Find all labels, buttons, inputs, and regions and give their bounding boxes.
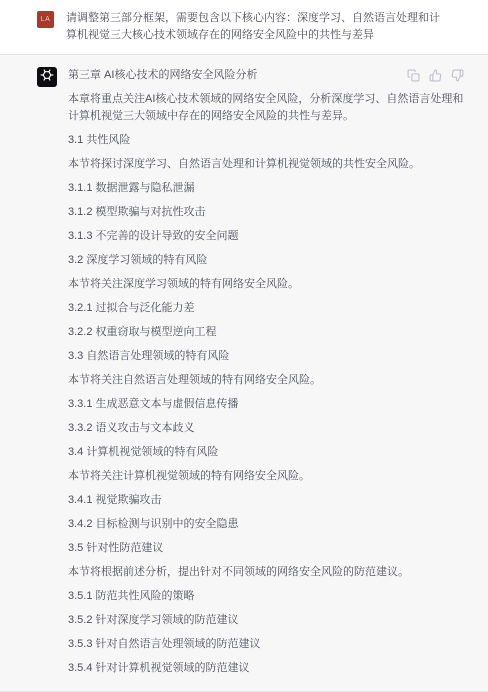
copy-button[interactable] [407,69,420,82]
copy-icon [407,69,420,82]
outline-line: 3.5.4 针对计算机视觉领域的防范建议 [68,660,464,677]
outline-line: 3.4.1 视觉欺骗攻击 [68,492,464,509]
assistant-avatar [37,67,57,87]
outline-line: 3.3.1 生成恶意文本与虚假信息传播 [68,396,464,413]
user-avatar: LA [37,11,54,28]
outline-line: 3.1 共性风险 [68,132,464,149]
response-title: 第三章 AI核心技术的网络安全风险分析 [68,67,257,84]
outline-line: 3.2.2 权重窃取与模型逆向工程 [68,324,464,341]
outline-line: 本节将关注计算机视觉领域的特有网络安全风险。 [68,468,464,485]
outline-line: 3.5.2 针对深度学习领域的防范建议 [68,612,464,629]
outline-line: 本节将根据前述分析，提出针对不同领域的网络安全风险的防范建议。 [68,564,464,581]
outline-line: 本节将关注自然语言处理领域的特有网络安全风险。 [68,372,464,389]
message-actions [407,67,464,82]
openai-logo-icon [40,68,54,87]
thumbs-down-button[interactable] [451,69,464,82]
outline-line: 3.1.1 数据泄露与隐私泄漏 [68,180,464,197]
user-message-text: 请调整第三部分框架，需要包含以下核心内容：深度学习、自然语言处理和计算机视觉三大… [66,10,442,44]
assistant-message: 第三章 AI核心技术的网络安全风险分析 [0,55,488,692]
outline-line: 3.4.2 目标检测与识别中的安全隐患 [68,516,464,533]
thumbs-up-icon [429,69,442,82]
outline-line: 3.1.3 不完善的设计导致的安全问题 [68,228,464,245]
chat-view: LA 请调整第三部分框架，需要包含以下核心内容：深度学习、自然语言处理和计算机视… [0,0,488,692]
outline-line: 本节将探讨深度学习、自然语言处理和计算机视觉领域的共性安全风险。 [68,156,464,173]
outline-line: 3.5.3 针对自然语言处理领域的防范建议 [68,636,464,653]
outline-line: 3.1.2 模型欺骗与对抗性攻击 [68,204,464,221]
user-message: LA 请调整第三部分框架，需要包含以下核心内容：深度学习、自然语言处理和计算机视… [0,0,488,55]
outline-line: 3.4 计算机视觉领域的特有风险 [68,444,464,461]
outline-line: 3.5.1 防范共性风险的策略 [68,588,464,605]
thumbs-down-icon [451,69,464,82]
outline-line: 本节将关注深度学习领域的特有网络安全风险。 [68,276,464,293]
outline-line: 3.2.1 过拟合与泛化能力差 [68,300,464,317]
thumbs-up-button[interactable] [429,69,442,82]
outline-line: 3.2 深度学习领域的特有风险 [68,252,464,269]
outline-line: 3.5 针对性防范建议 [68,540,464,557]
outline-line: 3.3 自然语言处理领域的特有风险 [68,348,464,365]
outline-line: 3.3.2 语义攻击与文本歧义 [68,420,464,437]
assistant-content: 第三章 AI核心技术的网络安全风险分析 [68,67,464,677]
outline-line: 本章将重点关注AI核心技术领域的网络安全风险，分析深度学习、自然语言处理和计算机… [68,91,464,125]
